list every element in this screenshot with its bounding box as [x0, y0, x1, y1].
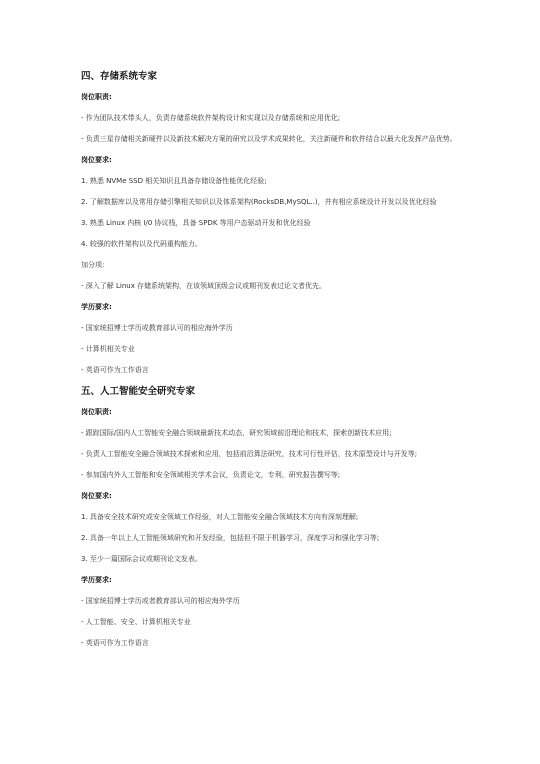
section-title: 五、人工智能安全研究专家 [81, 381, 461, 402]
education-item: - 英语可作为工作语言 [81, 360, 461, 381]
document-page: 四、存储系统专家 岗位职责: - 作为团队技术带头人，负责存储系统软件架构设计和… [81, 66, 461, 654]
section-title: 四、存储系统专家 [81, 66, 461, 87]
requirement-item: 2. 了解数据库以及常用存储引擎相关知识以及体系架构(RocksDB,MySQL… [81, 192, 461, 213]
duty-item: - 作为团队技术带头人，负责存储系统软件架构设计和实现以及存储系统和应用优化; [81, 108, 461, 129]
education-heading: 学历要求: [81, 570, 461, 591]
education-heading: 学历要求: [81, 297, 461, 318]
bonus-heading: 加分项: [81, 255, 461, 276]
education-item: - 英语可作为工作语言 [81, 633, 461, 654]
education-item: - 人工智能、安全、计算机相关专业 [81, 612, 461, 633]
duties-heading: 岗位职责: [81, 402, 461, 423]
education-item: - 计算机相关专业 [81, 339, 461, 360]
requirement-item: 3. 熟悉 Linux 内核 I/0 协议栈，具备 SPDK 等用户态驱动开发和… [81, 213, 461, 234]
requirement-item: 2. 具备一年以上人工智能领域研究和开发经验，包括但不限于机器学习，深度学习和强… [81, 528, 461, 549]
requirement-item: 1. 熟悉 NVMe SSD 相关知识且具备存储设备性能优化经验; [81, 171, 461, 192]
requirement-item: 1. 具备安全技术研究或安全领域工作经验，对人工智能安全融合领域技术方向有深刻理… [81, 507, 461, 528]
requirements-heading: 岗位要求: [81, 150, 461, 171]
requirements-heading: 岗位要求: [81, 486, 461, 507]
bonus-item: - 深入了解 Linux 存储系统架构，在该领域顶级会议或期刊发表过论文者优先。 [81, 276, 461, 297]
duties-heading: 岗位职责: [81, 87, 461, 108]
requirement-item: 3. 至少一篇国际会议或期刊论文发表。 [81, 549, 461, 570]
education-item: - 国家统招博士学历或者教育部认可的相应海外学历 [81, 591, 461, 612]
requirement-item: 4. 较强的软件架构以及代码重构能力。 [81, 234, 461, 255]
duty-item: - 负责三星存储相关新硬件以及新技术解决方案的研究以及学术成果转化，关注新硬件和… [81, 129, 461, 150]
duty-item: - 跟踪国际/国内人工智能安全融合领域最新技术动态，研究领域前沿理论和技术，探索… [81, 423, 461, 444]
duty-item: - 参加国内外人工智能和安全领域相关学术会议，负责论文，专利，研究报告撰写等; [81, 465, 461, 486]
duty-item: - 负责人工智能安全融合领域技术探索和应用，包括前沿算法研究，技术可行性评估，技… [81, 444, 461, 465]
education-item: - 国家统招博士学历或教育部认可的相应海外学历 [81, 318, 461, 339]
